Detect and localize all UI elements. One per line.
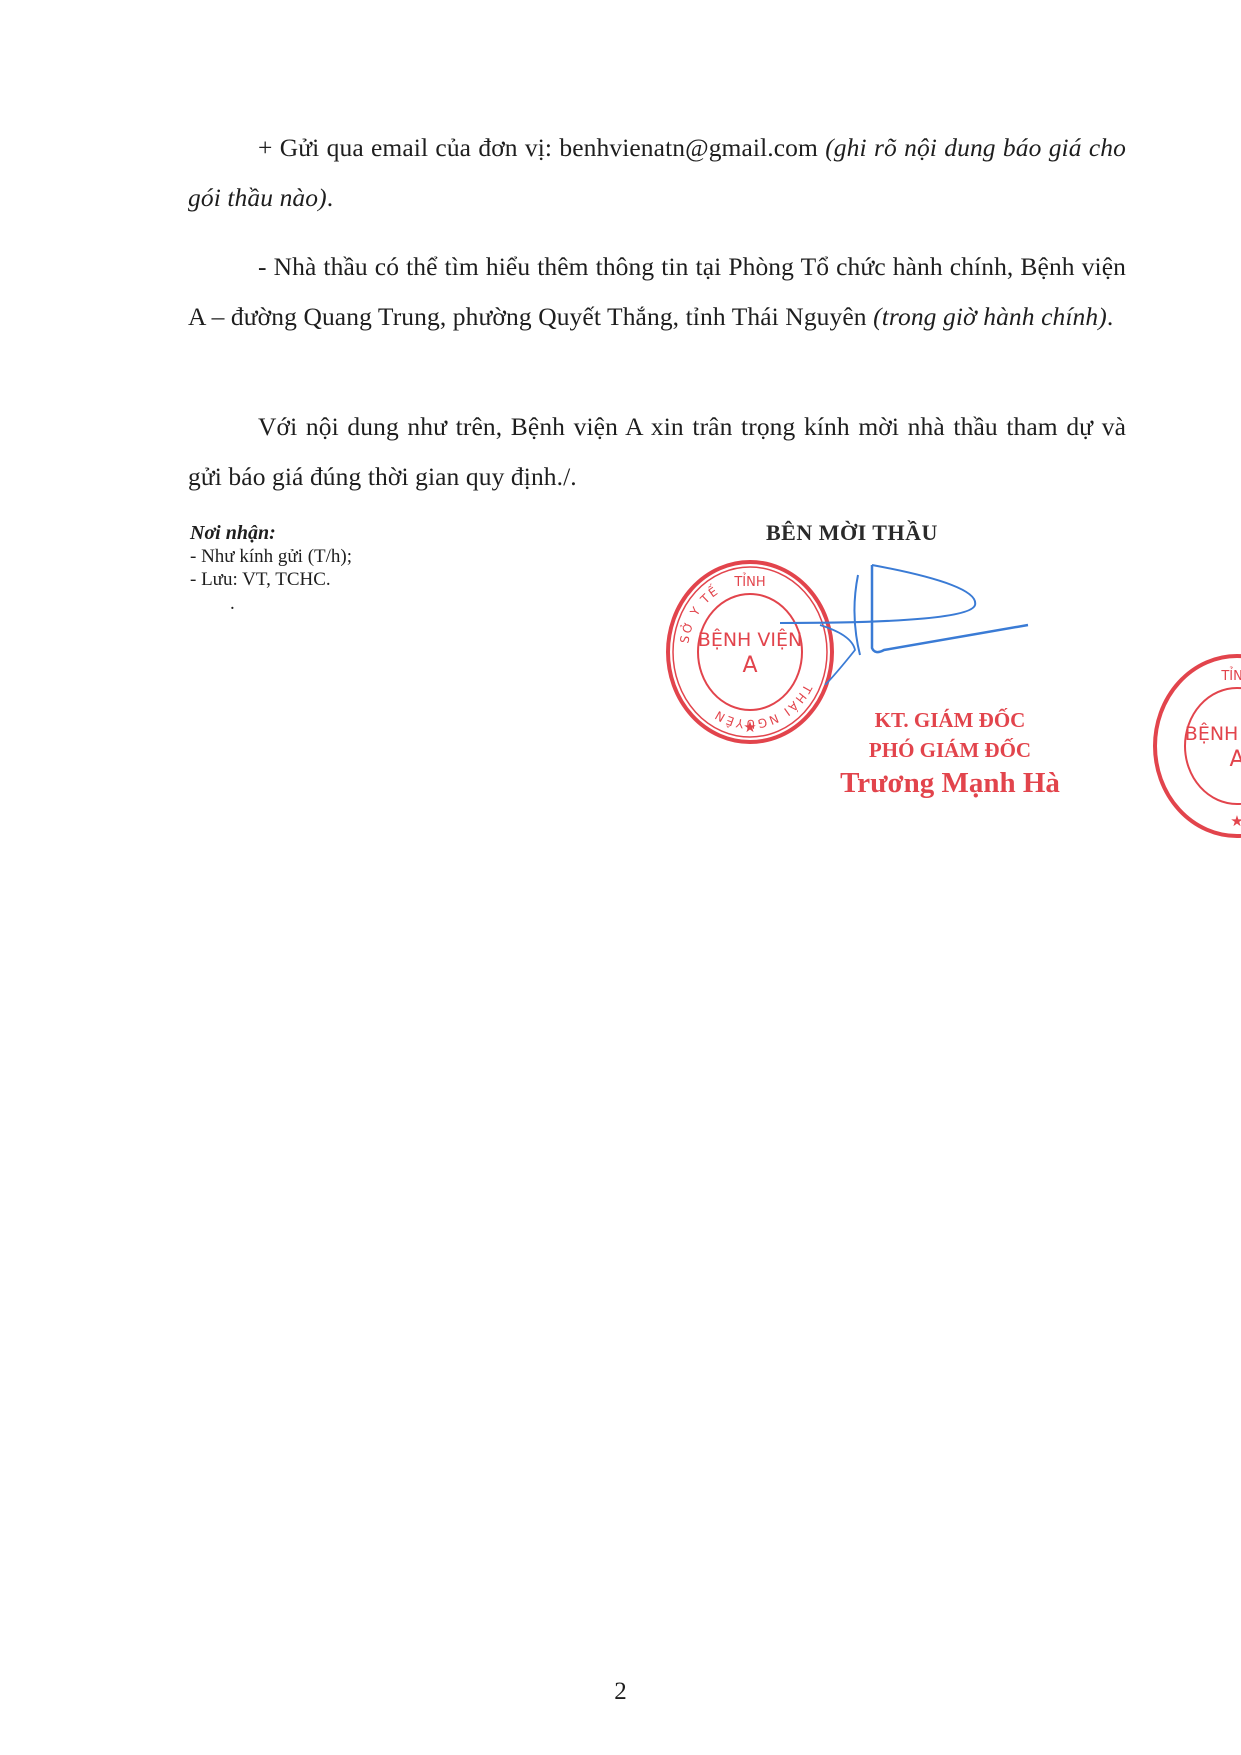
recipients-block: Nơi nhận: - Như kính gửi (T/h); - Lưu: V… [190,522,352,617]
handwritten-signature-icon [780,555,1030,685]
signature-block: KT. GIÁM ĐỐC PHÓ GIÁM ĐỐC Trương Mạnh Hà [820,705,1080,801]
signer-party-title: BÊN MỜI THẦU [766,520,938,546]
paragraph-info: - Nhà thầu có thể tìm hiểu thêm thông ti… [188,242,1126,342]
recipient-item: - Lưu: VT, TCHC. [190,568,352,591]
stamp-ring-top: TỈNH [733,573,765,590]
recipient-item: - Như kính gửi (T/h); [190,545,352,568]
closing-text: Với nội dung như trên, Bệnh viện A xin t… [188,412,1126,491]
signer-role-line-1: KT. GIÁM ĐỐC [820,705,1080,735]
page-number: 2 [0,1678,1241,1706]
recipients-title: Nơi nhận: [190,522,352,545]
seam-stamp-center-line-1: BỆNH VIỆN [1185,722,1241,745]
seam-stamp-ring-top: TỈNH [1220,667,1241,684]
stamp-center-line-2: A [742,653,757,678]
trailing-mark: . [190,591,352,617]
info-note: (trong giờ hành chính) [873,302,1107,331]
signer-name: Trương Mạnh Hà [820,765,1080,801]
signer-role-line-2: PHÓ GIÁM ĐỐC [820,735,1080,765]
paragraph-email: + Gửi qua email của đơn vị: benhvienatn@… [188,123,1126,223]
seam-stamp-star: ★ [1230,812,1241,830]
email-address: benhvienatn@gmail.com [559,133,818,162]
seam-seal-icon: TỈNH BỆNH VIỆN A ★ [1151,650,1241,842]
seam-stamp-center-line-2: A [1229,747,1241,772]
email-prefix: + Gửi qua email của đơn vị: [258,133,559,162]
paragraph-closing: Với nội dung như trên, Bệnh viện A xin t… [188,402,1126,502]
email-suffix: . [327,183,333,212]
info-suffix: . [1107,302,1113,331]
